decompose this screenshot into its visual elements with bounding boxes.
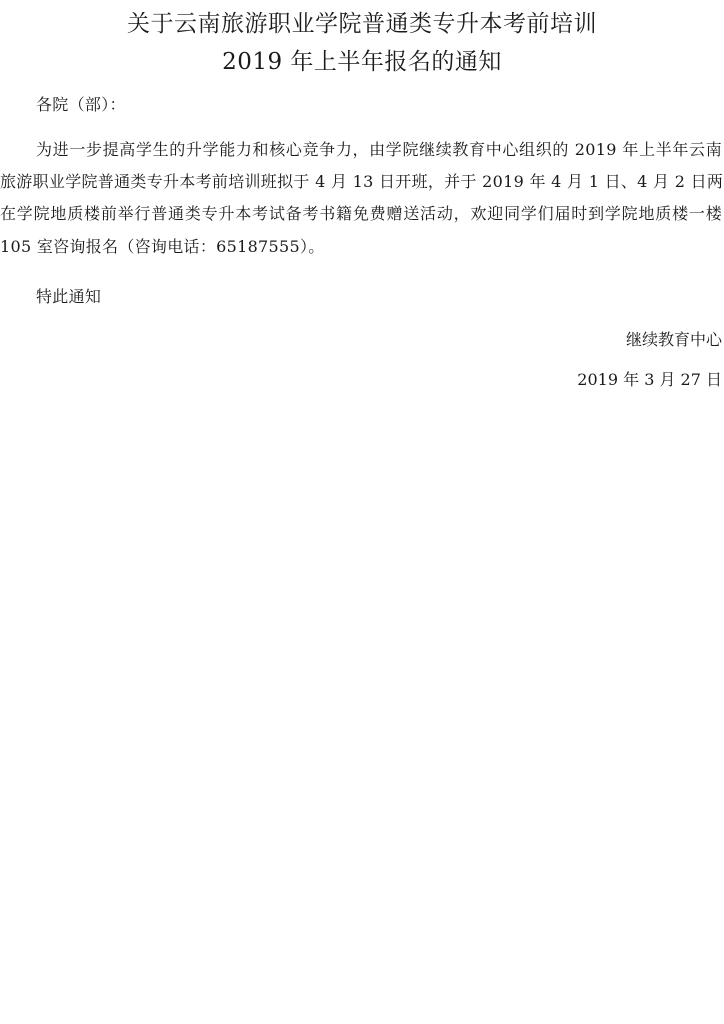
body-line-1: 为进一步提高学生的升学能力和核心竞争力，由学院继续教育中心组织的 2019 年上… — [36, 137, 722, 160]
body-line-4: 105 室咨询报名（咨询电话：65187555）。 — [0, 234, 325, 257]
document-title-line-2: 2019 年上半年报名的通知 — [0, 43, 724, 76]
signature-department: 继续教育中心 — [626, 327, 722, 350]
document-title-line-1: 关于云南旅游职业学院普通类专升本考前培训 — [0, 5, 724, 38]
body-line-3: 在学院地质楼前举行普通类专升本考试备考书籍免费赠送活动，欢迎同学们届时到学院地质… — [0, 201, 722, 224]
body-line-2: 旅游职业学院普通类专升本考前培训班拟于 4 月 13 日开班，并于 2019 年… — [0, 169, 722, 192]
salutation: 各院（部）： — [36, 92, 126, 115]
signature-date: 2019 年 3 月 27 日 — [577, 367, 722, 390]
closing-remark: 特此通知 — [36, 284, 101, 307]
